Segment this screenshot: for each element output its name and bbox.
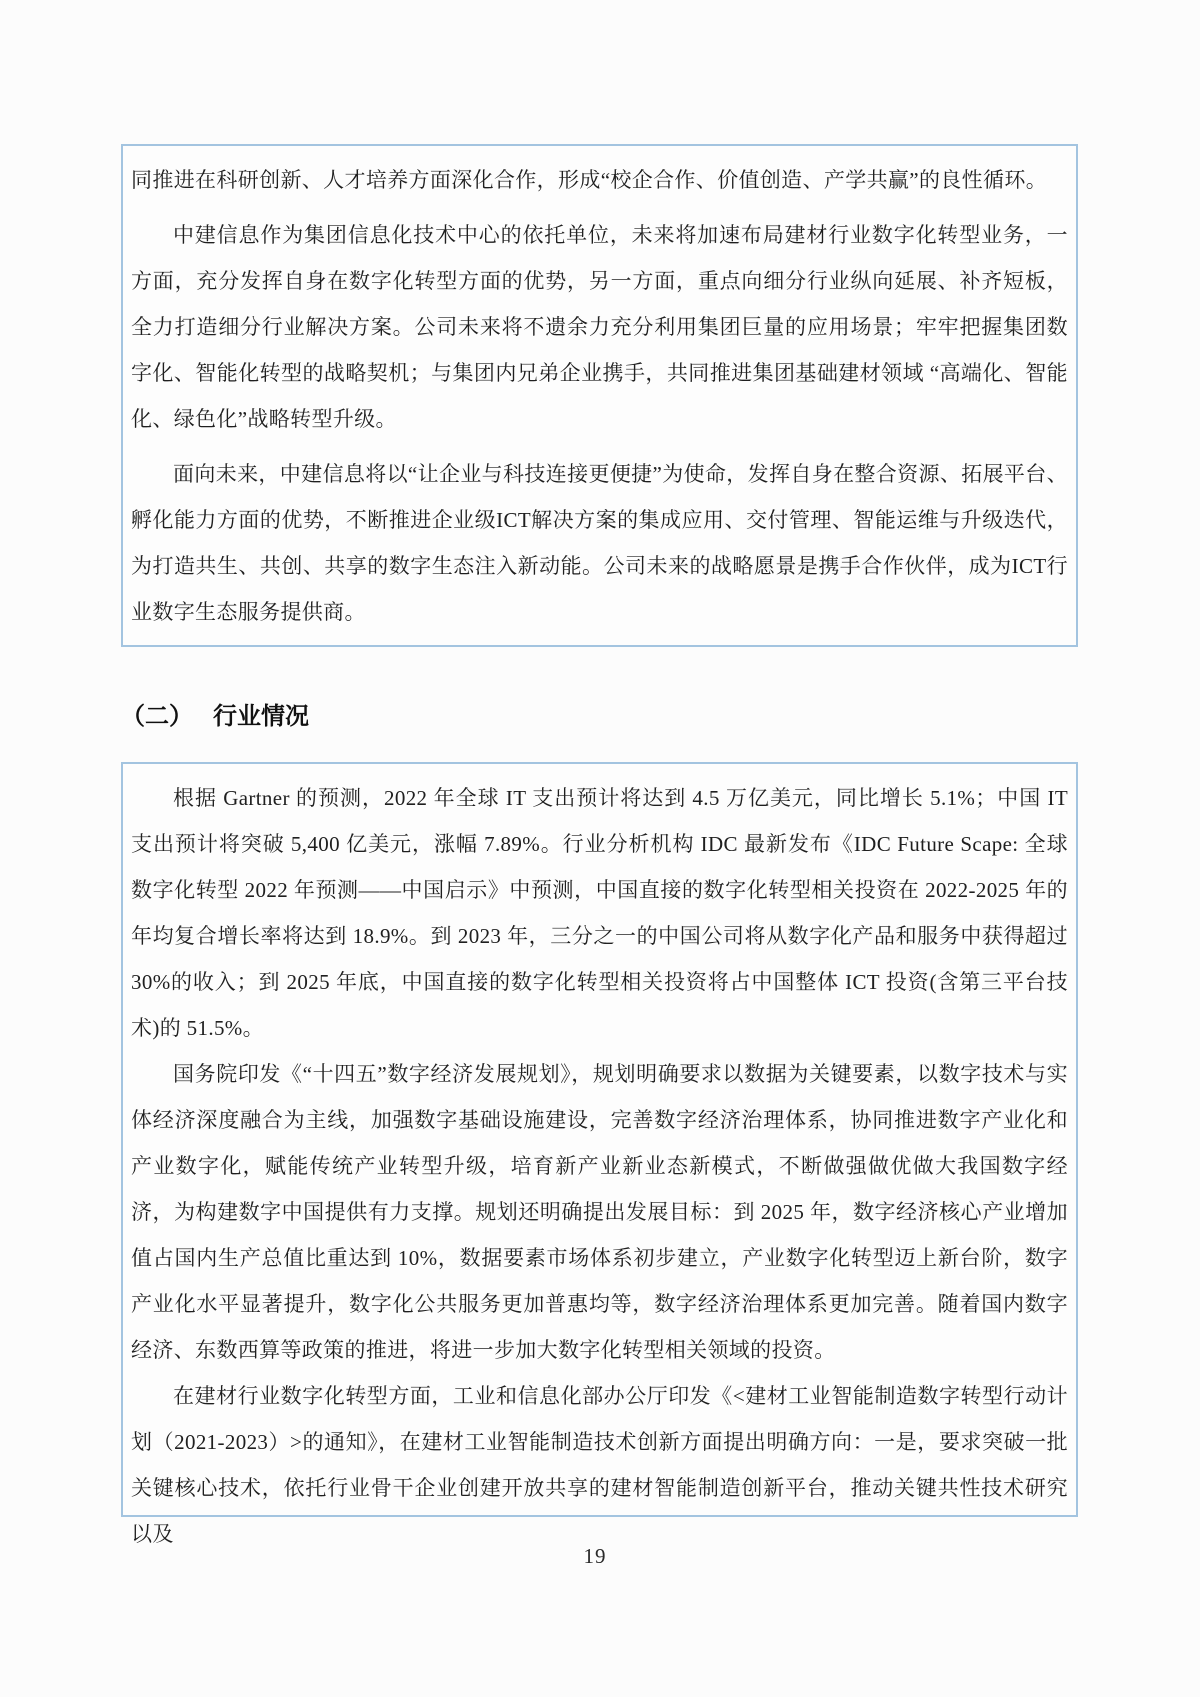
- paragraph: 在建材行业数字化转型方面，工业和信息化部办公厅印发《<建材工业智能制造数字转型行…: [131, 1373, 1068, 1557]
- paragraph: 国务院印发《“十四五”数字经济发展规划》，规划明确要求以数据为关键要素，以数字技…: [131, 1051, 1068, 1373]
- paragraph: 同推进在科研创新、人才培养方面深化合作，形成“校企合作、价值创造、产学共赢”的良…: [131, 157, 1068, 203]
- text-box-company-outlook: 同推进在科研创新、人才培养方面深化合作，形成“校企合作、价值创造、产学共赢”的良…: [121, 144, 1078, 647]
- page-number: 19: [0, 1544, 1190, 1569]
- paragraph: 面向未来，中建信息将以“让企业与科技连接更便捷”为使命，发挥自身在整合资源、拓展…: [131, 451, 1068, 635]
- text-box-industry-overview: 根据 Gartner 的预测，2022 年全球 IT 支出预计将达到 4.5 万…: [121, 762, 1078, 1517]
- section-heading: （二）行业情况: [121, 698, 309, 736]
- paragraph: 中建信息作为集团信息化技术中心的依托单位，未来将加速布局建材行业数字化转型业务，…: [131, 212, 1068, 442]
- section-title: 行业情况: [213, 703, 309, 730]
- paragraph: 根据 Gartner 的预测，2022 年全球 IT 支出预计将达到 4.5 万…: [131, 775, 1068, 1051]
- section-numbering: （二）: [121, 698, 213, 736]
- document-page: 同推进在科研创新、人才培养方面深化合作，形成“校企合作、价值创造、产学共赢”的良…: [0, 0, 1200, 1697]
